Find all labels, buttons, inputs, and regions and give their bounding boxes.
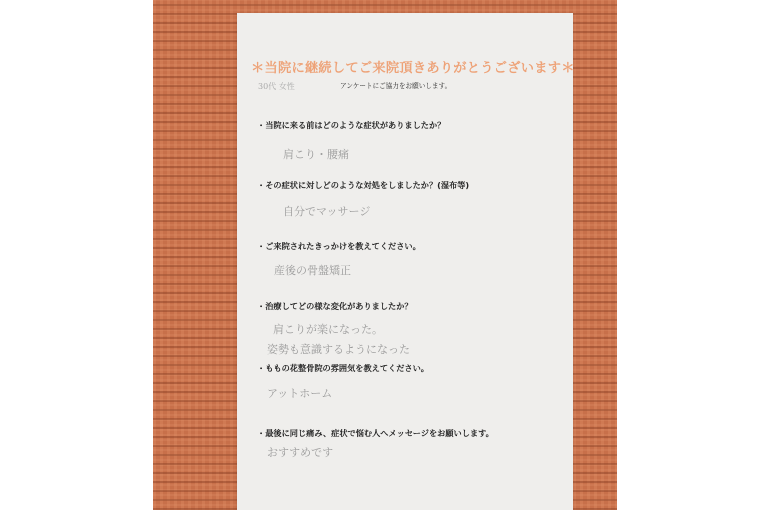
question-3: ・ご来院されたきっかけを教えてください。 bbox=[257, 241, 421, 252]
answer-1: 肩こり・腰痛 bbox=[283, 146, 349, 162]
card-title: ＊当院に継続してご来院頂きありがとうございます＊ bbox=[251, 57, 561, 76]
answer-2: 自分でマッサージ bbox=[283, 203, 370, 219]
handwritten-date: 30代 女性 bbox=[258, 81, 295, 92]
question-4: ・治療してどの様な変化がありましたか？ bbox=[257, 301, 413, 312]
answer-4-line1: 肩こりが楽になった。 bbox=[273, 321, 383, 337]
question-1: ・当院に来る前はどのような症状がありましたか？ bbox=[257, 120, 445, 131]
answer-3: 産後の骨盤矯正 bbox=[274, 262, 351, 278]
question-5: ・ももの花整骨院の雰囲気を教えてください。 bbox=[257, 363, 429, 374]
answer-6: おすすめです bbox=[267, 444, 333, 460]
card-subtitle: アンケートにご協力をお願いします。 bbox=[340, 80, 451, 90]
question-6: ・最後に同じ痛み、症状で悩む人へメッセージをお願いします。 bbox=[257, 428, 494, 439]
answer-4-line2: 姿勢も意識するようになった bbox=[267, 341, 410, 357]
question-2: ・その症状に対しどのような対処をしましたか？(湿布等) bbox=[257, 180, 469, 191]
answer-5: アットホーム bbox=[267, 385, 332, 401]
survey-card: ＊当院に継続してご来院頂きありがとうございます＊ アンケートにご協力をお願いしま… bbox=[237, 13, 573, 510]
